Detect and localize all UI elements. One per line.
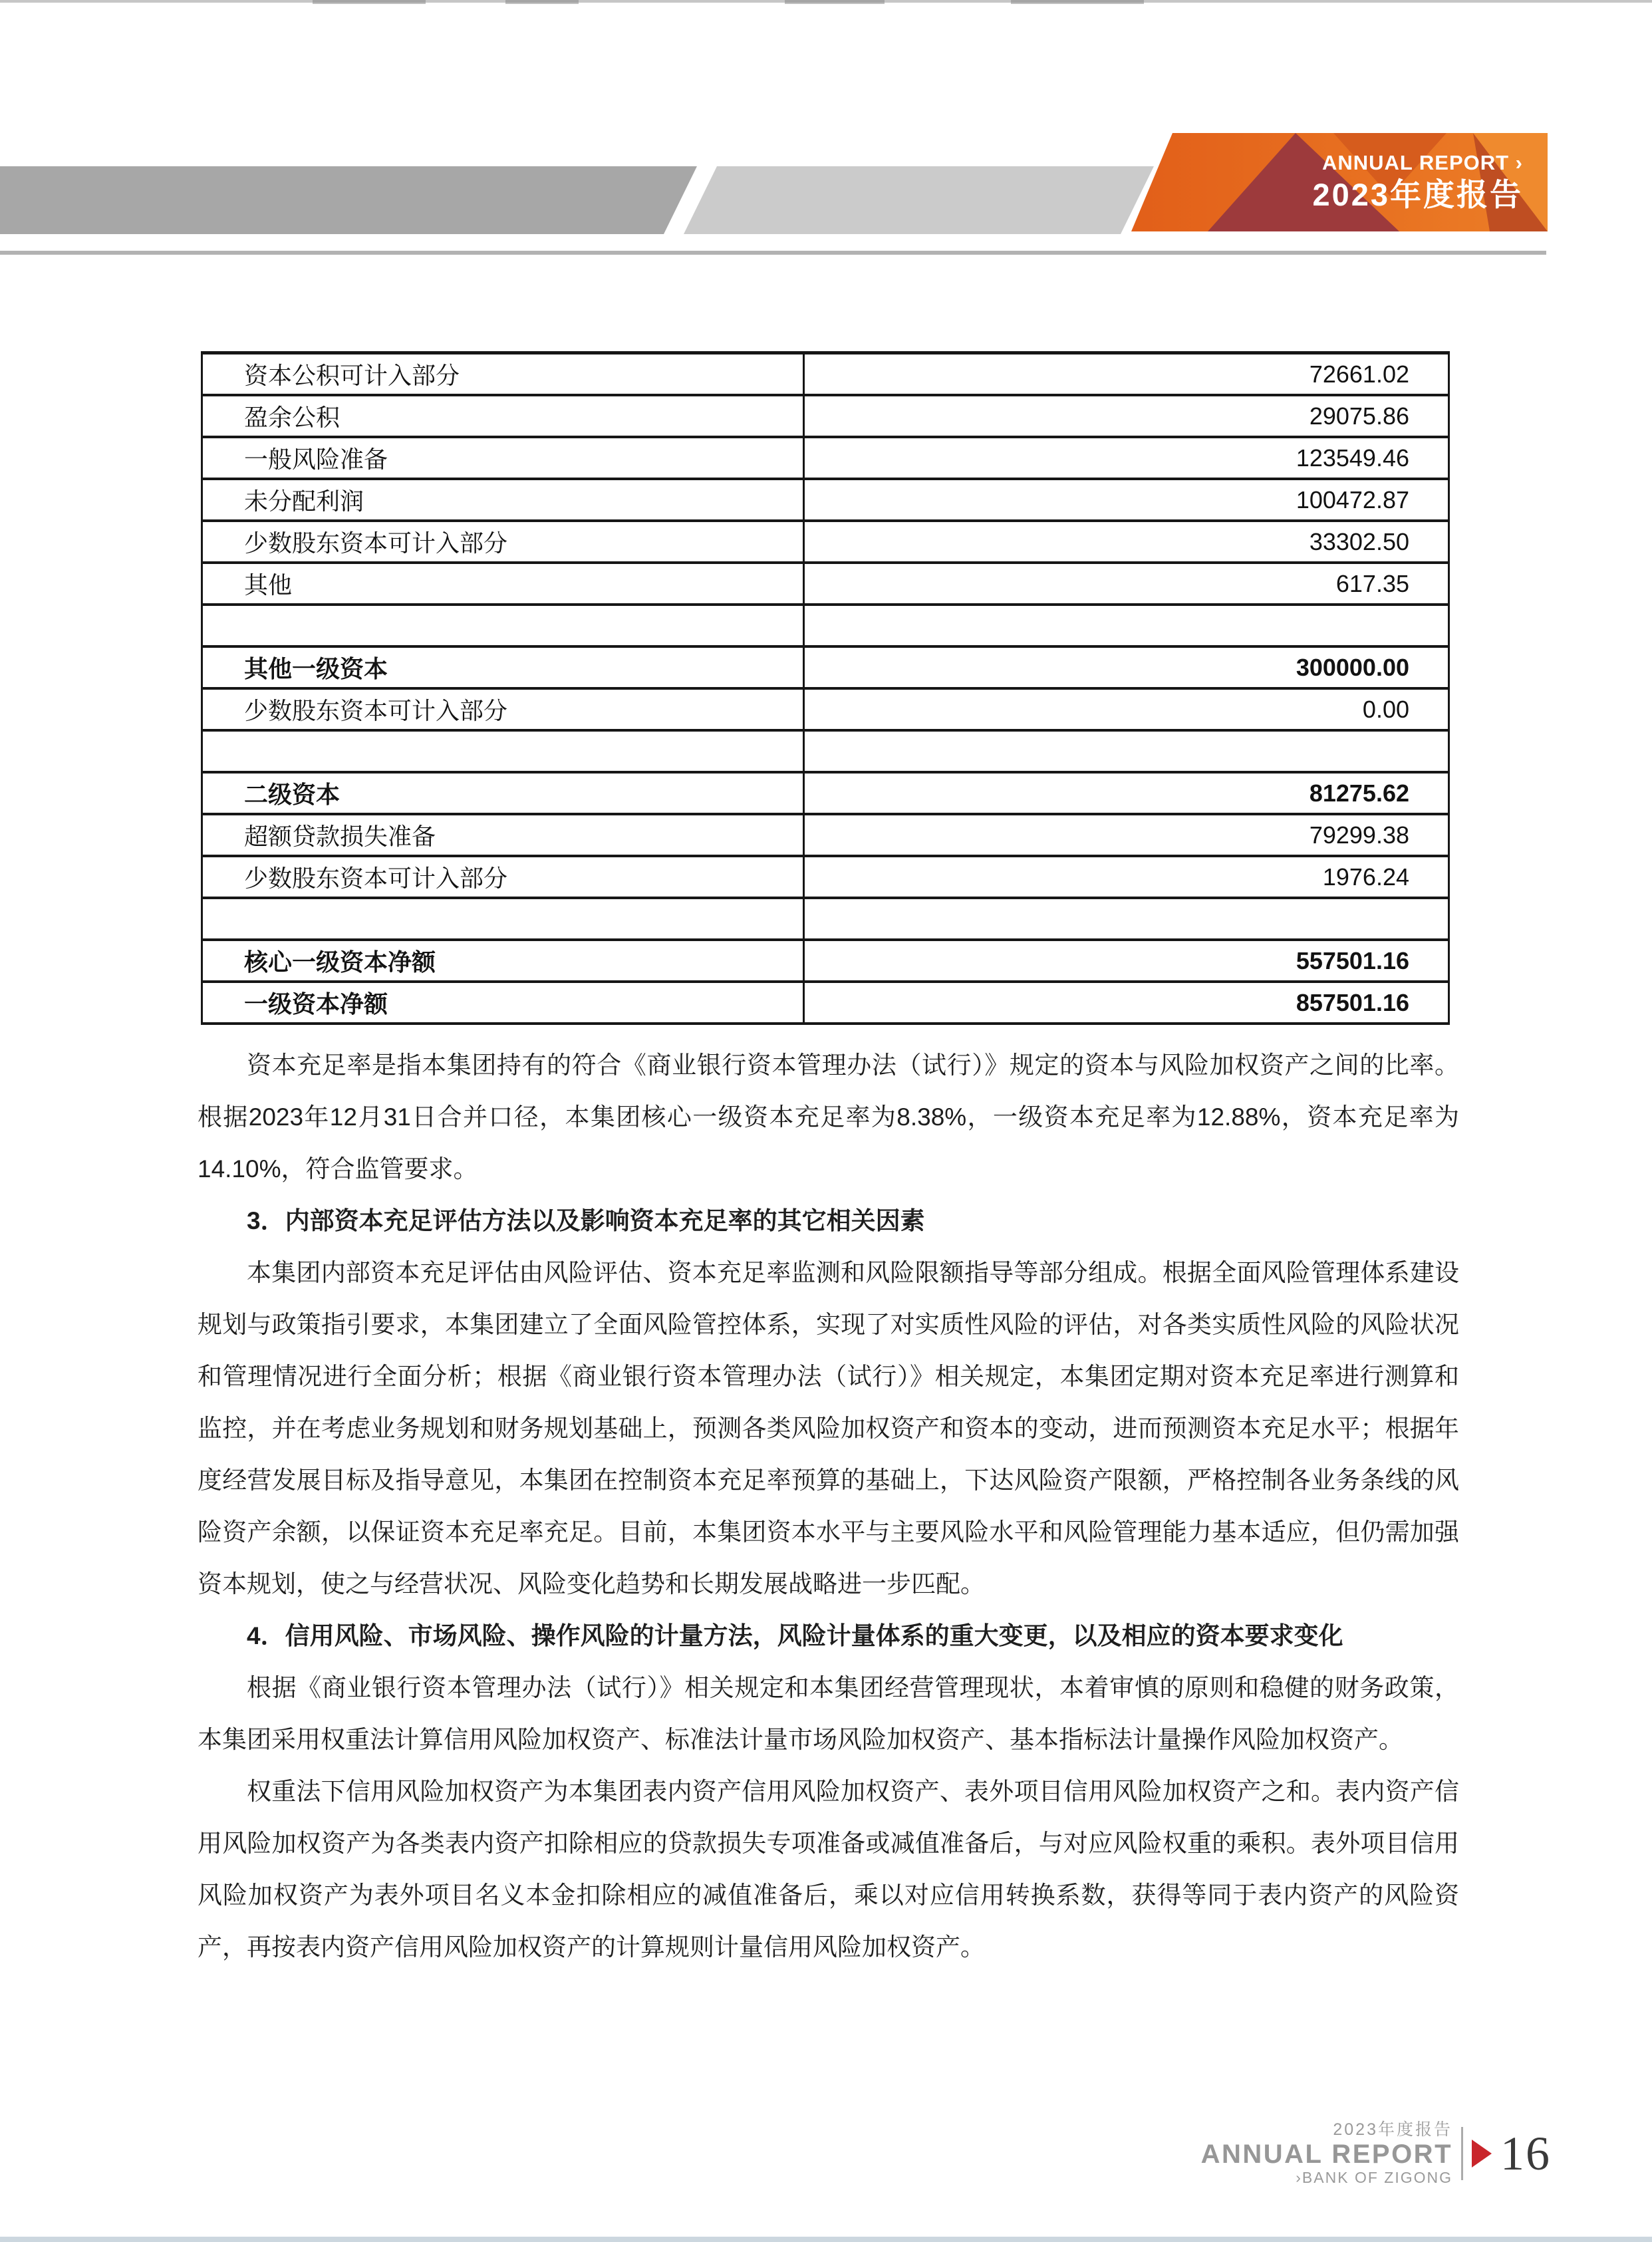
table-cell-label: 少数股东资本可计入部分: [203, 857, 805, 897]
heading-internal-assessment: 3．内部资本充足评估方法以及影响资本充足率的其它相关因素: [198, 1195, 1459, 1247]
gray-bar-light: [684, 166, 1154, 234]
table-cell-label: [203, 732, 805, 771]
table-cell-label: 二级资本: [203, 773, 805, 813]
table-row: 二级资本81275.62: [203, 773, 1448, 815]
paragraph-risk-methods: 根据《商业银行资本管理办法（试行）》相关规定和本集团经营管理现状，本着审慎的原则…: [198, 1662, 1459, 1766]
table-cell-label: [203, 899, 805, 938]
body-text-block: 资本充足率是指本集团持有的符合《商业银行资本管理办法（试行）》规定的资本与风险加…: [198, 1040, 1459, 1973]
table-row: 其他617.35: [203, 564, 1448, 606]
footer-year-title: 2023年度报告: [1333, 2120, 1452, 2140]
table-cell-label: 少数股东资本可计入部分: [203, 690, 805, 729]
table-cell-label: 核心一级资本净额: [203, 941, 805, 980]
table-cell-value: 300000.00: [805, 648, 1448, 687]
table-row: 一般风险准备123549.46: [203, 438, 1448, 480]
banner-annual-report-label: ANNUAL REPORT ›: [1322, 152, 1523, 174]
table-cell-label: 超额贷款损失准备: [203, 815, 805, 855]
page-number-arrow-icon: [1472, 2140, 1492, 2168]
table-row: 超额贷款损失准备79299.38: [203, 815, 1448, 857]
table-row: [203, 606, 1448, 648]
paragraph-capital-adequacy: 资本充足率是指本集团持有的符合《商业银行资本管理办法（试行）》规定的资本与风险加…: [198, 1040, 1459, 1195]
paragraph-weighted-assets: 权重法下信用风险加权资产为本集团表内资产信用风险加权资产、表外项目信用风险加权资…: [198, 1766, 1459, 1973]
paragraph-internal-assessment: 本集团内部资本充足评估由风险评估、资本充足率监测和风险限额指导等部分组成。根据全…: [198, 1247, 1459, 1610]
footer-divider-line: [1461, 2127, 1463, 2180]
banner-year-title: 2023年度报告: [1312, 177, 1523, 213]
footer-bank-name: ›BANK OF ZIGONG: [1296, 2169, 1452, 2186]
gray-bar-dark: [0, 166, 697, 234]
table-cell-label: 少数股东资本可计入部分: [203, 522, 805, 561]
table-row: 一级资本净额857501.16: [203, 983, 1448, 1025]
table-row: 少数股东资本可计入部分33302.50: [203, 522, 1448, 564]
table-cell-value: 1976.24: [805, 857, 1448, 897]
table-row: 未分配利润100472.87: [203, 480, 1448, 522]
banner-title-block: ANNUAL REPORT › 2023年度报告: [1172, 133, 1523, 231]
capital-composition-table: 资本公积可计入部分72661.02盈余公积29075.86一般风险准备12354…: [201, 351, 1450, 1025]
page-number: 16: [1500, 2130, 1551, 2177]
table-cell-value: 29075.86: [805, 396, 1448, 436]
table-cell-label: 未分配利润: [203, 480, 805, 519]
table-cell-value: 123549.46: [805, 438, 1448, 478]
table-cell-label: 资本公积可计入部分: [203, 354, 805, 394]
table-cell-value: 81275.62: [805, 773, 1448, 813]
table-cell-label: 一级资本净额: [203, 983, 805, 1022]
table-row: 资本公积可计入部分72661.02: [203, 354, 1448, 396]
table-row: 少数股东资本可计入部分0.00: [203, 690, 1448, 732]
report-page: ANNUAL REPORT › 2023年度报告 资本公积可计入部分72661.…: [0, 0, 1652, 2242]
table-cell-value: [805, 732, 1448, 771]
table-cell-value: 100472.87: [805, 480, 1448, 519]
page-footer: 2023年度报告 ANNUAL REPORT ›BANK OF ZIGONG 1…: [1201, 2126, 1551, 2181]
heading-risk-measurement: 4．信用风险、市场风险、操作风险的计量方法，风险计量体系的重大变更，以及相应的资…: [198, 1610, 1459, 1662]
table-row: [203, 899, 1448, 941]
table-row: 少数股东资本可计入部分1976.24: [203, 857, 1448, 899]
table-row: 核心一级资本净额557501.16: [203, 941, 1448, 983]
table-cell-value: [805, 899, 1448, 938]
table-row: [203, 732, 1448, 773]
header-divider-line: [0, 251, 1546, 255]
table-cell-value: 79299.38: [805, 815, 1448, 855]
table-row: 其他一级资本300000.00: [203, 648, 1448, 690]
table-cell-value: 33302.50: [805, 522, 1448, 561]
table-cell-value: 0.00: [805, 690, 1448, 729]
table-cell-value: 857501.16: [805, 983, 1448, 1022]
table-cell-label: 其他一级资本: [203, 648, 805, 687]
table-cell-value: [805, 606, 1448, 645]
table-cell-value: 617.35: [805, 564, 1448, 603]
table-row: 盈余公积29075.86: [203, 396, 1448, 438]
table-cell-value: 72661.02: [805, 354, 1448, 394]
table-cell-label: 盈余公积: [203, 396, 805, 436]
table-cell-label: 一般风险准备: [203, 438, 805, 478]
footer-title-block: 2023年度报告 ANNUAL REPORT ›BANK OF ZIGONG: [1201, 2126, 1452, 2181]
table-cell-label: [203, 606, 805, 645]
footer-annual-report-label: ANNUAL REPORT: [1201, 2140, 1452, 2169]
table-cell-value: 557501.16: [805, 941, 1448, 980]
table-cell-label: 其他: [203, 564, 805, 603]
page-bottom-edge: [0, 2237, 1652, 2242]
